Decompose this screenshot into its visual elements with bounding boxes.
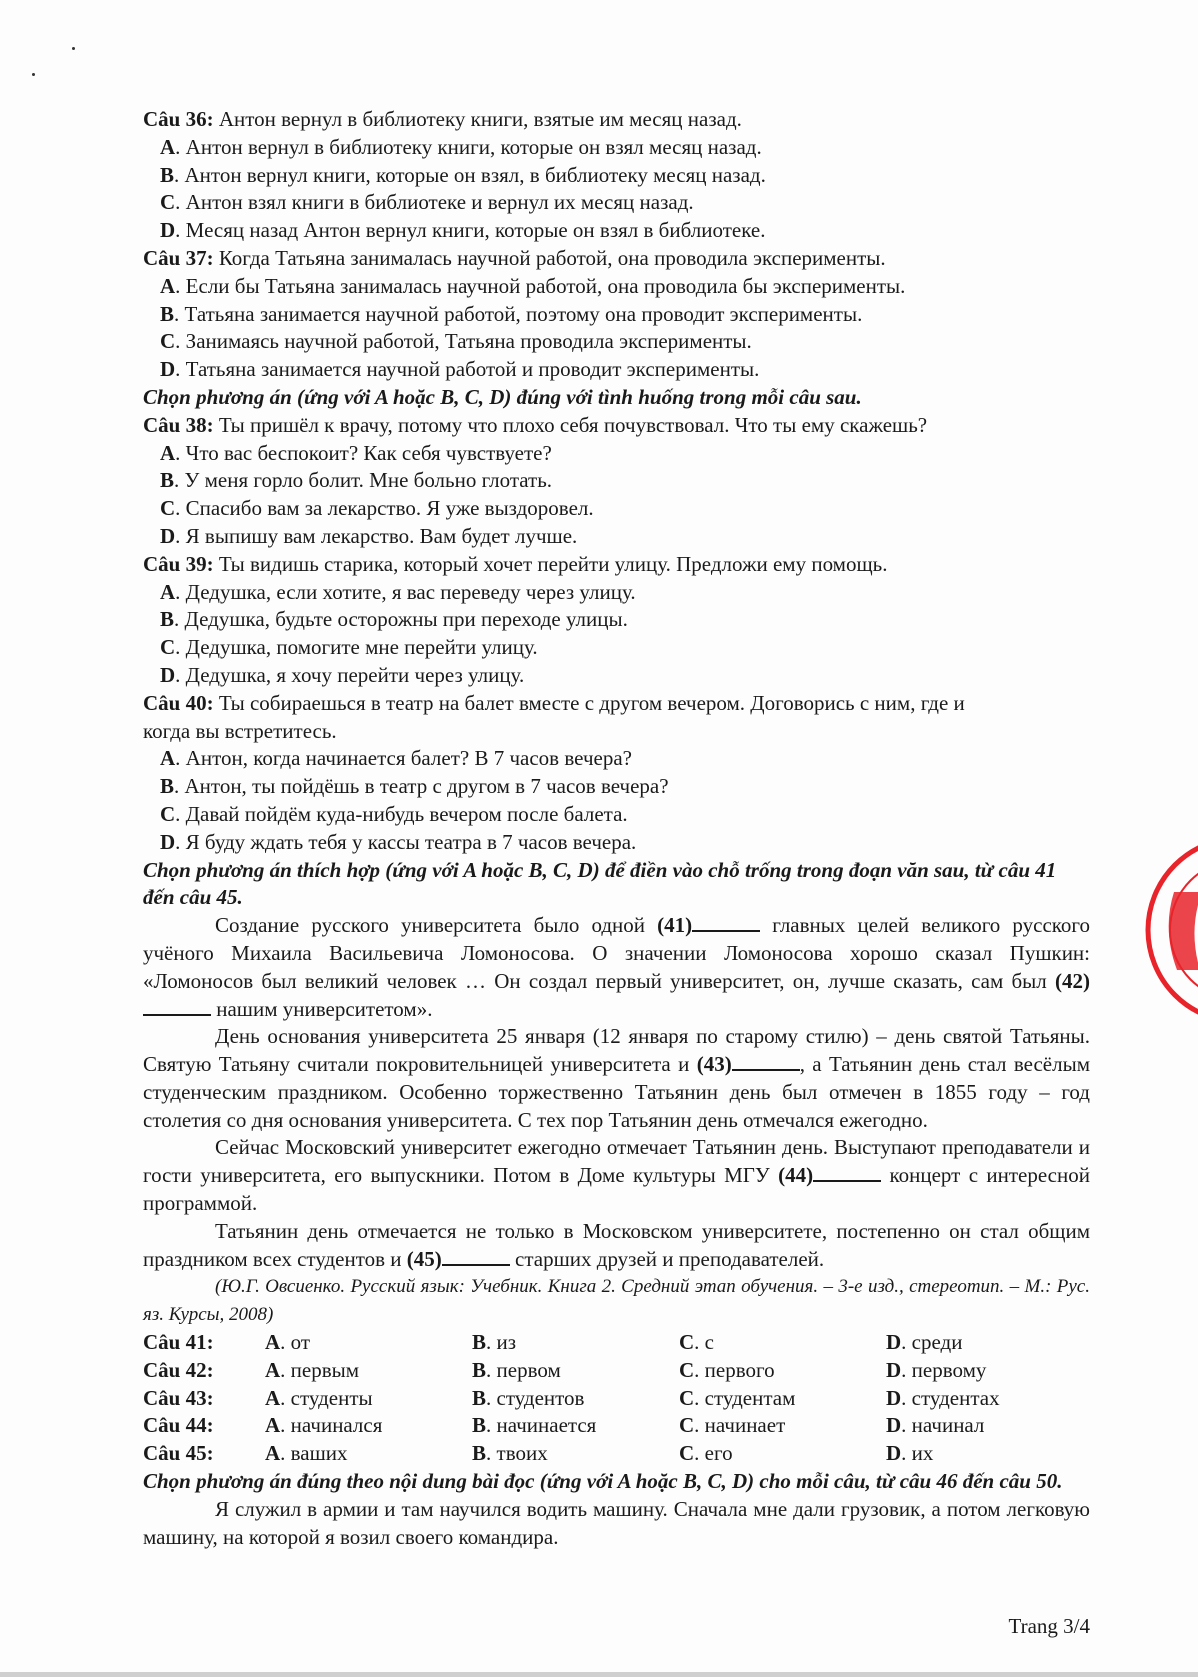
blank-line: [732, 1051, 800, 1071]
answer-row: Câu 43:A. студентыB. студентовC. студент…: [143, 1385, 1090, 1413]
blank-line: [692, 912, 760, 932]
option-c: C. с: [679, 1329, 886, 1357]
option-d: D. студентах: [886, 1385, 1090, 1413]
option-c: C. студентам: [679, 1385, 886, 1413]
question-37: Câu 37: Когда Татьяна занималась научной…: [143, 245, 1090, 384]
option-a: A. ваших: [265, 1440, 472, 1468]
answer-options-table: Câu 41:A. отB. изC. сD. средиCâu 42:A. п…: [143, 1329, 1090, 1468]
option-c: C. его: [679, 1440, 886, 1468]
reading-paragraph: Я служил в армии и там научился водить м…: [143, 1496, 1090, 1552]
option-c: C. начинает: [679, 1412, 886, 1440]
option-c: C. Антон взял книги в библиотеке и верну…: [143, 189, 1090, 217]
passage-paragraph: Татьянин день отмечается не только в Мос…: [143, 1218, 1090, 1274]
option-a: A. от: [265, 1329, 472, 1357]
page-number: Trang 3/4: [1009, 1614, 1091, 1639]
option-d: D. среди: [886, 1329, 1090, 1357]
option-c: C. Дедушка, помогите мне перейти улицу.: [143, 634, 1090, 662]
question-label: Câu 40:: [143, 691, 214, 715]
option-b: B. начинается: [472, 1412, 679, 1440]
option-d: D. Татьяна занимается научной работой и …: [143, 356, 1090, 384]
option-d: D. Я буду ждать тебя у кассы театра в 7 …: [143, 829, 1090, 857]
option-d: D. начинал: [886, 1412, 1090, 1440]
answer-row: Câu 44:A. начиналсяB. начинаетсяC. начин…: [143, 1412, 1090, 1440]
question-40: Câu 40: Ты собираешься в театр на балет …: [143, 690, 1090, 857]
option-b: B. Антон вернул книги, которые он взял, …: [143, 162, 1090, 190]
option-a: A. начинался: [265, 1412, 472, 1440]
option-c: C. первого: [679, 1357, 886, 1385]
option-a: A. Если бы Татьяна занималась научной ра…: [143, 273, 1090, 301]
blank-line: [143, 996, 211, 1016]
page-edge: [0, 1672, 1198, 1677]
question-38: Câu 38: Ты пришёл к врачу, потому что пл…: [143, 412, 1090, 551]
option-d: D. Дедушка, я хочу перейти через улицу.: [143, 662, 1090, 690]
option-c: C. Занимаясь научной работой, Татьяна пр…: [143, 328, 1090, 356]
option-c: C. Давай пойдём куда-нибудь вечером посл…: [143, 801, 1090, 829]
cloze-passage: Создание русского университета было одно…: [143, 912, 1090, 1329]
question-label: Câu 37:: [143, 246, 214, 270]
blank-line: [442, 1246, 510, 1266]
section-instruction: Chọn phương án thích hợp (ứng với A hoặc…: [143, 857, 1090, 913]
scan-speck: [72, 47, 75, 50]
question-39: Câu 39: Ты видишь старика, который хочет…: [143, 551, 1090, 690]
option-d: D. Я выпишу вам лекарство. Вам будет луч…: [143, 523, 1090, 551]
question-label: Câu 36:: [143, 107, 214, 131]
option-a: A. первым: [265, 1357, 472, 1385]
blank-44: (44): [778, 1163, 813, 1187]
option-b: B. первом: [472, 1357, 679, 1385]
passage-paragraph: Создание русского университета было одно…: [143, 912, 1090, 1023]
answer-row: Câu 45:A. вашихB. твоихC. егоD. их: [143, 1440, 1090, 1468]
option-b: B. из: [472, 1329, 679, 1357]
scan-speck: [32, 73, 35, 76]
question-label: Câu 39:: [143, 552, 214, 576]
option-a: A. Дедушка, если хотите, я вас переведу …: [143, 579, 1090, 607]
question-label: Câu 45:: [143, 1440, 265, 1468]
passage-paragraph: Сейчас Московский университет ежегодно о…: [143, 1134, 1090, 1217]
section-instruction: Chọn phương án đúng theo nội dung bài đọ…: [143, 1468, 1090, 1496]
option-b: B. Антон, ты пойдёшь в театр с другом в …: [143, 773, 1090, 801]
option-a: A. Антон вернул в библиотеку книги, кото…: [143, 134, 1090, 162]
exam-page: Câu 36: Антон вернул в библиотеку книги,…: [143, 106, 1090, 1551]
section-instruction: Chọn phương án (ứng với A hoặc B, C, D) …: [143, 384, 1090, 412]
option-d: D. первому: [886, 1357, 1090, 1385]
answer-row: Câu 41:A. отB. изC. сD. среди: [143, 1329, 1090, 1357]
blank-45: (45): [407, 1247, 442, 1271]
option-a: A. Антон, когда начинается балет? В 7 ча…: [143, 745, 1090, 773]
question-label: Câu 42:: [143, 1357, 265, 1385]
option-d: D. Месяц назад Антон вернул книги, котор…: [143, 217, 1090, 245]
passage-paragraph: День основания университета 25 января (1…: [143, 1023, 1090, 1134]
blank-42: (42): [1055, 969, 1090, 993]
question-label: Câu 43:: [143, 1385, 265, 1413]
option-b: B. Дедушка, будьте осторожны при переход…: [143, 606, 1090, 634]
blank-43: (43): [697, 1052, 732, 1076]
option-d: D. их: [886, 1440, 1090, 1468]
question-label: Câu 41:: [143, 1329, 265, 1357]
option-b: B. твоих: [472, 1440, 679, 1468]
question-label: Câu 44:: [143, 1412, 265, 1440]
red-seal-stamp-icon: [1122, 830, 1198, 1030]
citation: (Ю.Г. Овсиенко. Русский язык: Учебник. К…: [143, 1273, 1090, 1329]
question-label: Câu 38:: [143, 413, 214, 437]
blank-line: [813, 1162, 881, 1182]
option-a: A. Что вас беспокоит? Как себя чувствует…: [143, 440, 1090, 468]
option-c: C. Спасибо вам за лекарство. Я уже выздо…: [143, 495, 1090, 523]
option-b: B. Татьяна занимается научной работой, п…: [143, 301, 1090, 329]
option-a: A. студенты: [265, 1385, 472, 1413]
answer-row: Câu 42:A. первымB. первомC. первогоD. пе…: [143, 1357, 1090, 1385]
blank-41: (41): [657, 913, 692, 937]
option-b: B. студентов: [472, 1385, 679, 1413]
question-36: Câu 36: Антон вернул в библиотеку книги,…: [143, 106, 1090, 245]
option-b: B. У меня горло болит. Мне больно глотат…: [143, 467, 1090, 495]
